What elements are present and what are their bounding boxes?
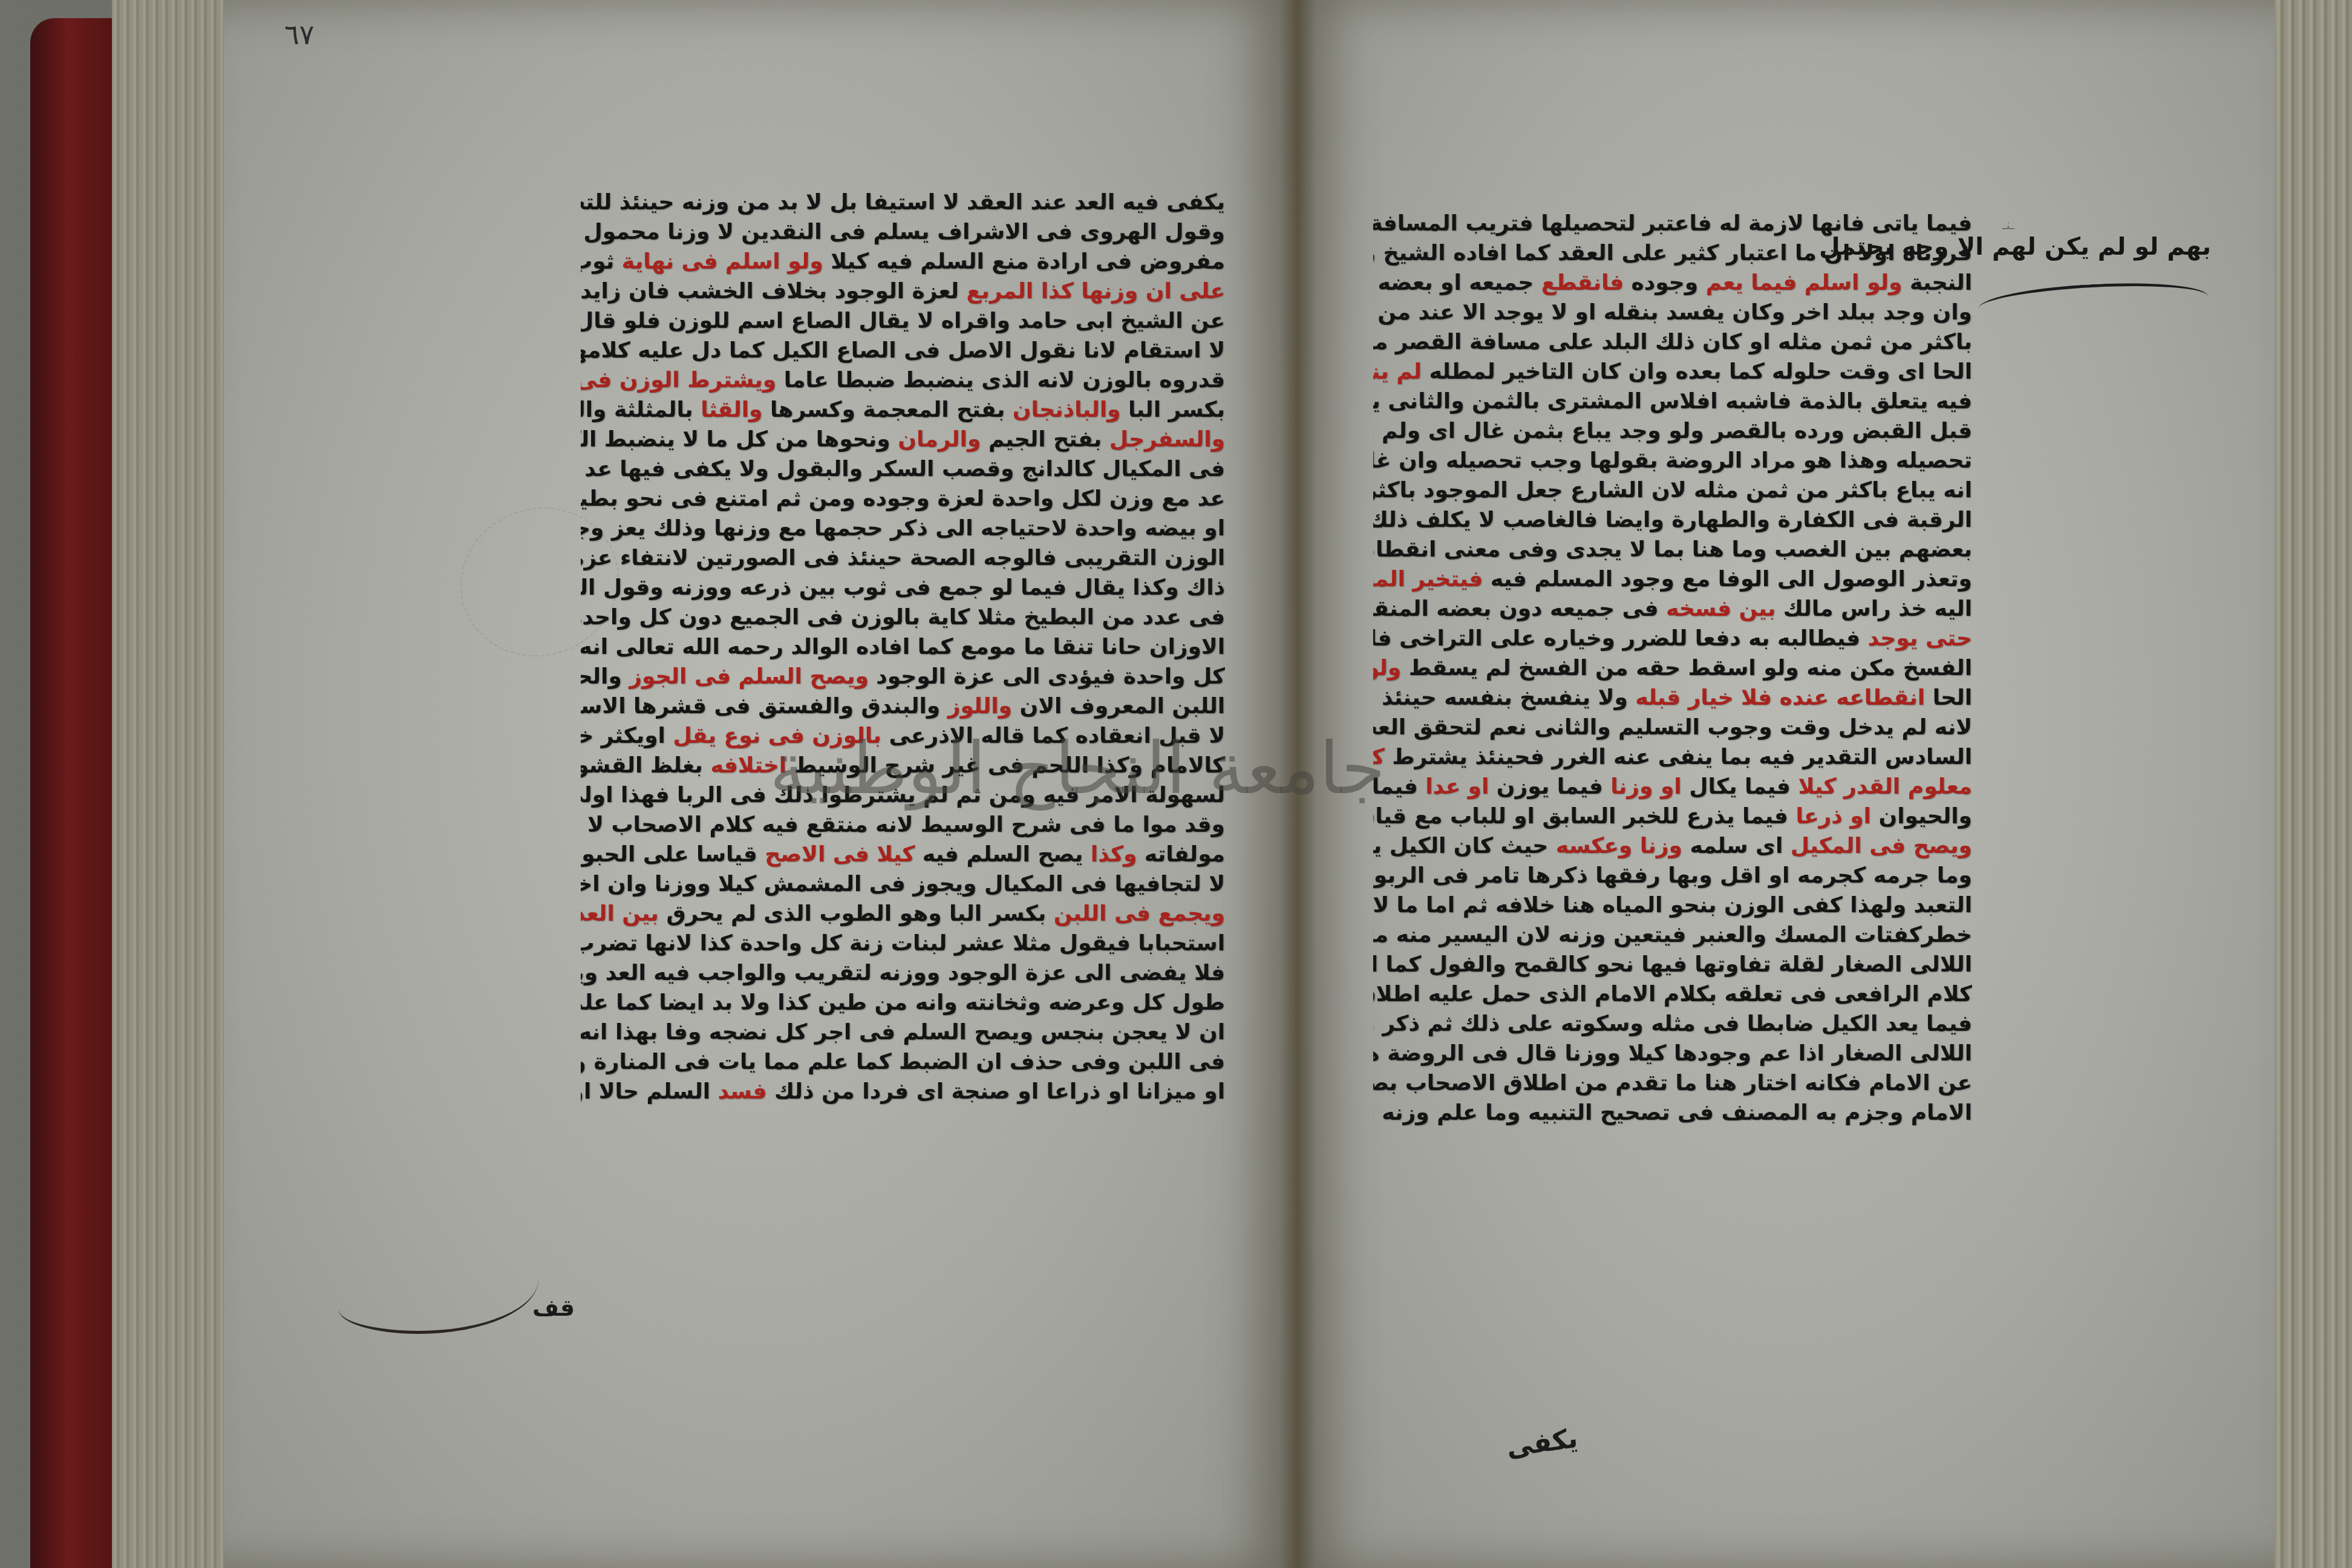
body-text: عد مع وزن لكل واحدة لعزة وجوده ومن ثم ام… bbox=[581, 486, 1225, 511]
body-text: والحيوان bbox=[1871, 804, 1972, 829]
rubric-text: وكذا bbox=[1091, 842, 1137, 867]
body-text: جميعه او بعضه لجايحة افسدت bbox=[1373, 270, 1541, 295]
body-text: انه يباع باكثر من ثمن مثله لان الشارع جع… bbox=[1373, 478, 1972, 503]
rubric-text: انقطاعه عنده فلا خيار قبله bbox=[1635, 685, 1925, 710]
body-text: بغلظ القشور ورقتها bbox=[581, 753, 710, 778]
manuscript-line: بعضهم بين الغصب وما هنا بما لا يجدى وفى … bbox=[1373, 535, 1972, 564]
manuscript-line: لا لتجافيها فى المكيال ويجوز فى المشمش ك… bbox=[581, 869, 1225, 899]
manuscript-line: ويصح فى المكيل اى سلمه وزنا وعكسه حيث كا… bbox=[1373, 831, 1972, 861]
body-text: بفتح المعجمة وكسرها bbox=[762, 397, 1012, 422]
body-text: مولفاته bbox=[1137, 842, 1225, 867]
rubric-text: لم ينفسخ فى الاظهر bbox=[1373, 359, 1422, 384]
manuscript-line: الحا اى وقت حلوله كما بعده وان كان التاخ… bbox=[1373, 357, 1972, 387]
rubric-text: فيتخير المسلم bbox=[1373, 567, 1483, 592]
manuscript-line: مفروض فى ارادة منع السلم فيه كيلا ولو اس… bbox=[581, 247, 1225, 276]
rubric-text: ويصح فى المكيل bbox=[1791, 834, 1972, 858]
manuscript-line: مولفاته وكذا يصح السلم فيه كيلا فى الاصح… bbox=[581, 840, 1225, 869]
body-text: لا استقام لانا نقول الاصل فى الصاع الكيل… bbox=[581, 338, 1225, 363]
manuscript-line: استحبابا فيقول مثلا عشر لبنات زنة كل واح… bbox=[581, 929, 1225, 958]
manuscript-line: النجبة ولو اسلم فيما يعم وجوده فانقطع جم… bbox=[1373, 268, 1972, 298]
manuscript-line: الاوزان حانا تنقا ما مومع كما افاده الوا… bbox=[581, 632, 1225, 662]
manuscript-line: الامام وجزم به المصنف فى تصحيح التنبيه و… bbox=[1373, 1098, 1972, 1128]
body-text: فى اللبن وفى حذف ان الضبط كما علم مما يا… bbox=[581, 1050, 1225, 1074]
body-text: بعضهم بين الغصب وما هنا بما لا يجدى وفى … bbox=[1373, 537, 1972, 562]
rubric-text: والرمان bbox=[898, 427, 981, 452]
body-text: مفروض فى ارادة منع السلم فيه كيلا bbox=[823, 249, 1225, 274]
manuscript-line: والحيوان او ذرعا فيما يذرع للخبر السابق … bbox=[1373, 802, 1972, 831]
manuscript-line: السادس التقدير فيه بما ينفى عنه الغرر فح… bbox=[1373, 742, 1972, 772]
body-text: اللبن المعروف الان bbox=[1012, 694, 1225, 719]
rubric-text: ولو علم قبل المحل bbox=[1373, 656, 1401, 681]
manuscript-line: فيما يعد الكيل ضابطا فى مثله وسكوته على … bbox=[1373, 1009, 1972, 1039]
rubric-text: بين فسخه bbox=[1666, 596, 1775, 621]
body-text: الرقبة فى الكفارة والطهارة وايضا فالغاصب… bbox=[1373, 508, 1972, 532]
body-text: الحا bbox=[1925, 685, 1972, 710]
rubric-text: فسد bbox=[718, 1079, 767, 1104]
rubric-text: والقثا bbox=[701, 397, 762, 422]
rubric-text: ولو اسلم فيما يعم bbox=[1706, 270, 1903, 295]
manuscript-line: بكسر البا والباذنجان بفتح المعجمة وكسرها… bbox=[581, 395, 1225, 425]
body-text: قبل القبض ورده بالقصر ولو وجد يباع بثمن … bbox=[1373, 419, 1972, 443]
rubric-text: معلوم القدر كيلا bbox=[1798, 774, 1972, 799]
body-text: قياسا على الحبوب والتمر والثانى bbox=[581, 842, 765, 867]
body-text: اويكثر خلافا للرافعى bbox=[581, 724, 673, 748]
body-text: ان لا يعجن بنجس ويصح السلم فى اجر كل نضج… bbox=[581, 1020, 1225, 1045]
body-text: فيه يتعلق بالذمة فاشبه افلاس المشترى بال… bbox=[1373, 389, 1972, 414]
manuscript-line: وان وجد ببلد اخر وكان يفسد بنقله او لا ي… bbox=[1373, 298, 1972, 327]
body-text: فى عدد من البطيخ مثلا كاية بالوزن فى الج… bbox=[581, 605, 1225, 630]
body-text: وجوده bbox=[1624, 270, 1706, 295]
rubric-text: فى الجوز bbox=[629, 664, 731, 689]
rubric-text: ويشترط الوزن فى البطيخ bbox=[581, 368, 776, 393]
marginal-note: بهم لو لم يكن لهم الا وجه يحتمل bbox=[1975, 233, 2211, 261]
body-text: ونحوها من كل ما لا ينضبط الكيل لتجافيه bbox=[581, 427, 898, 452]
rubric-text: ويصح السلم bbox=[739, 664, 869, 689]
body-text: السادس التقدير فيه بما ينفى عنه الغرر فح… bbox=[1385, 745, 1972, 769]
body-text: الامام وجزم به المصنف فى تصحيح التنبيه و… bbox=[1373, 1100, 1972, 1125]
manuscript-line: لا استقام لانا نقول الاصل فى الصاع الكيل… bbox=[581, 336, 1225, 365]
manuscript-line: والسفرجل بفتح الجيم والرمان ونحوها من كل… bbox=[581, 425, 1225, 454]
body-text: حيث كان الكيل يعد ضابطا فيه كجوز bbox=[1373, 834, 1556, 858]
body-text: لا لتجافيها فى المكيال ويجوز فى المشمش ك… bbox=[581, 872, 1225, 897]
rubric-text: واللوز bbox=[948, 694, 1012, 719]
body-text: وتعذر الوصول الى الوفا مع وجود المسلم في… bbox=[1483, 567, 1972, 592]
rubric-text: او وزنا bbox=[1610, 774, 1681, 799]
body-text: فيما يذرع للخبر السابق او للباب مع قياسه… bbox=[1373, 804, 1795, 829]
left-page-edges bbox=[112, 0, 233, 1568]
body-text: يصح السلم فيه bbox=[915, 842, 1091, 867]
rubric-text: كيلا فى الاصح bbox=[765, 842, 915, 867]
manuscript-line: خطركفتات المسك والعنبر فيتعين وزنه لان ا… bbox=[1373, 920, 1972, 950]
manuscript-line: اللالى الصغار لقلة تفاوتها فيها نحو كالق… bbox=[1373, 950, 1972, 979]
manuscript-line: على ان وزنها كذا المربع لعزة الوجود بخلا… bbox=[581, 276, 1225, 306]
left-page-text-block: يكفى فيه العد عند العقد لا استيفا بل لا … bbox=[581, 188, 1225, 1106]
body-text: السلم حالا او موجلا bbox=[581, 1079, 718, 1104]
body-text: الاوزان حانا تنقا ما مومع كما افاده الوا… bbox=[581, 635, 1225, 659]
body-text: لانه لم يدخل وقت وجوب التسليم والثانى نع… bbox=[1373, 715, 1972, 740]
manuscript-line: اللالى الصغار اذا عم وجودها كيلا ووزنا ق… bbox=[1373, 1039, 1972, 1068]
body-text: كل واحدة فيؤدى الى عزة الوجود bbox=[869, 664, 1225, 689]
body-text: او ميزانا او ذراعا او صنجة اى فردا من ذل… bbox=[767, 1079, 1225, 1104]
manuscript-line: فى المكيال كالدانج وقصب السكر والبقول ول… bbox=[581, 454, 1225, 484]
manuscript-line: الوزن التقريبى فالوجه الصحة حينئذ فى الص… bbox=[581, 543, 1225, 573]
body-text bbox=[731, 664, 739, 689]
rubric-text: والسفرجل bbox=[1109, 427, 1225, 452]
rubric-text: او عدا bbox=[1425, 774, 1489, 799]
manuscript-line: عن الشيخ ابى حامد واقراه لا يقال الصاع ا… bbox=[581, 306, 1225, 336]
body-text: ولا ينفسخ بنفسه حينئذ bbox=[1374, 685, 1635, 710]
manuscript-line: كلام الرافعى فى تعلقه بكلام الامام الذى … bbox=[1373, 979, 1972, 1009]
manuscript-line: لانه لم يدخل وقت وجوب التسليم والثانى نع… bbox=[1373, 713, 1972, 742]
body-text: فى المكيال كالدانج وقصب السكر والبقول ول… bbox=[581, 457, 1225, 482]
body-text: بكسر البا bbox=[1120, 397, 1225, 422]
body-text: فيطالبه به دفعا للضرر وخياره على التراخى… bbox=[1373, 626, 1868, 651]
body-text: اللالى الصغار اذا عم وجودها كيلا ووزنا ق… bbox=[1373, 1041, 1972, 1066]
body-text: فيما يعد الكيل ضابطا فى مثله وسكوته على … bbox=[1373, 1011, 1972, 1036]
manuscript-line: التعبد ولهذا كفى الوزن بنحو المياه هنا خ… bbox=[1373, 890, 1972, 920]
manuscript-line: ويجمع فى اللبن بكسر البا وهو الطوب الذى … bbox=[581, 899, 1225, 929]
manuscript-line: الحا انقطاعه عنده فلا خيار قبله ولا ينفس… bbox=[1373, 683, 1972, 713]
body-text: بالمثلثة والمد bbox=[581, 397, 701, 422]
manuscript-line: اليه خذ راس مالك بين فسخه فى جميعه دون ب… bbox=[1373, 594, 1972, 624]
watermark: جامعة النجاح الوطنية bbox=[992, 723, 1385, 814]
manuscript-line: يكفى فيه العد عند العقد لا استيفا بل لا … bbox=[581, 188, 1225, 217]
body-text: التعبد ولهذا كفى الوزن بنحو المياه هنا خ… bbox=[1373, 893, 1972, 918]
body-text: النجبة bbox=[1902, 270, 1972, 295]
body-text: استحبابا فيقول مثلا عشر لبنات زنة كل واح… bbox=[581, 931, 1225, 956]
body-text: فى جميعه دون بعضه المنقطع فقط bbox=[1373, 596, 1666, 621]
manuscript-line: فى عدد من البطيخ مثلا كاية بالوزن فى الج… bbox=[581, 603, 1225, 632]
manuscript-line: طول كل وعرضه وثخانته وانه من طين كذا ولا… bbox=[581, 988, 1225, 1018]
manuscript-line: او بيضه واحدة لاحتياجه الى ذكر حجمها مع … bbox=[581, 514, 1225, 543]
manuscript-line: الفسخ مكن منه ولو اسقط حقه من الفسخ لم ي… bbox=[1373, 653, 1972, 683]
body-text: كلام الرافعى فى تعلقه بكلام الامام الذى … bbox=[1373, 982, 1972, 1007]
body-text: الحا اى وقت حلوله كما بعده وان كان التاخ… bbox=[1422, 359, 1972, 384]
manuscript-line: ان لا يعجن بنجس ويصح السلم فى اجر كل نضج… bbox=[581, 1018, 1225, 1047]
manuscript-line: معلوم القدر كيلا فيما يكال او وزنا فيما … bbox=[1373, 772, 1972, 802]
body-text: اليه خذ راس مالك bbox=[1775, 596, 1972, 621]
manuscript-line: اللبن المعروف الان واللوز والبندق والفست… bbox=[581, 691, 1225, 721]
body-text: اى سلمه bbox=[1682, 834, 1791, 858]
rubric-text: او ذرعا bbox=[1795, 804, 1871, 829]
body-text: فيما يوزن bbox=[1489, 774, 1610, 799]
body-text: الوزن التقريبى فالوجه الصحة حينئذ فى الص… bbox=[581, 546, 1225, 570]
body-text: والحق به بعضهم bbox=[581, 664, 629, 689]
manuscript-line: الرقبة فى الكفارة والطهارة وايضا فالغاصب… bbox=[1373, 505, 1972, 535]
manuscript-line: كل واحدة فيؤدى الى عزة الوجود ويصح السلم… bbox=[581, 662, 1225, 691]
folio-number: ٦٧ bbox=[284, 18, 314, 51]
rubric-text: فانقطع bbox=[1541, 270, 1624, 295]
right-page-edges bbox=[2275, 0, 2352, 1568]
body-text: فيما ياتى فانها لازمة له فاعتبر لتحصيلها… bbox=[1373, 211, 1972, 236]
body-text: قدروه بالوزن لانه الذى ينضبط ضبطا عاما bbox=[776, 368, 1225, 393]
body-text: او بيضه واحدة لاحتياجه الى ذكر حجمها مع … bbox=[581, 516, 1225, 541]
manuscript-line: انه يباع باكثر من ثمن مثله لان الشارع جع… bbox=[1373, 475, 1972, 505]
body-text: وقول الهروى فى الاشراف يسلم فى النقدين ل… bbox=[581, 220, 1225, 244]
body-text: وقد موا ما فى شرح الوسيط لانه منتقع فيه … bbox=[581, 812, 1225, 837]
manuscript-line: قبل القبض ورده بالقصر ولو وجد يباع بثمن … bbox=[1373, 416, 1972, 446]
body-text: والبندق والفستق فى قشرها الاسفل الاعلى bbox=[581, 694, 948, 719]
manuscript-line: عن الامام فكانه اختار هنا ما تقدم من اطل… bbox=[1373, 1068, 1972, 1098]
body-text: ذاك وكذا يقال فيما لو جمع فى ثوب بين ذرع… bbox=[581, 575, 1225, 600]
manuscript-line: وقول الهروى فى الاشراف يسلم فى النقدين ل… bbox=[581, 217, 1225, 247]
rubric-text: حتى يوجد bbox=[1868, 626, 1972, 651]
manuscript-line: عد مع وزن لكل واحدة لعزة وجوده ومن ثم ام… bbox=[581, 484, 1225, 514]
rubric-text: ويجمع فى اللبن bbox=[1054, 901, 1225, 926]
body-text: فيما يكال bbox=[1682, 774, 1798, 799]
body-text: تحصيله وهذا هو مراد الروضة بقولها وجب تح… bbox=[1373, 448, 1972, 473]
body-text: باكثر من ثمن مثله او كان ذلك البلد على م… bbox=[1373, 330, 1972, 354]
margin-mark: ـنـ bbox=[2002, 218, 2014, 233]
body-text: وان وجد ببلد اخر وكان يفسد بنقله او لا ي… bbox=[1373, 300, 1972, 325]
rubric-text: ولو اسلم فى نهاية bbox=[622, 249, 823, 274]
body-text: الفسخ مكن منه ولو اسقط حقه من الفسخ لم ي… bbox=[1401, 656, 1972, 681]
manuscript-line: وتعذر الوصول الى الوفا مع وجود المسلم في… bbox=[1373, 564, 1972, 594]
manuscript-line: حتى يوجد فيطالبه به دفعا للضرر وخياره عل… bbox=[1373, 624, 1972, 653]
body-text: بكسر البا وهو الطوب الذى لم يحرق bbox=[659, 901, 1054, 926]
body-text: خطركفتات المسك والعنبر فيتعين وزنه لان ا… bbox=[1373, 923, 1972, 947]
book-binding-red-leather bbox=[30, 18, 115, 1568]
manuscript-line: وقد موا ما فى شرح الوسيط لانه منتقع فيه … bbox=[581, 810, 1225, 840]
margin-qaf-mark: قف bbox=[532, 1295, 575, 1321]
body-text: لعزة الوجود بخلاف الخشب فان زايده ينحت ك… bbox=[581, 279, 967, 304]
body-text: وما جرمه كجرمه او اقل وبها رفقها ذكرها ت… bbox=[1373, 863, 1972, 888]
body-text: فلا يفضى الى عزة الوجود ووزنه لتقريب وال… bbox=[581, 961, 1225, 985]
rubric-text: بين العد والوزن bbox=[581, 901, 659, 926]
manuscript-line: وما جرمه كجرمه او اقل وبها رفقها ذكرها ت… bbox=[1373, 861, 1972, 890]
rubric-text: على ان وزنها كذا المربع bbox=[967, 279, 1225, 304]
manuscript-line: ذاك وكذا يقال فيما لو جمع فى ثوب بين ذرع… bbox=[581, 573, 1225, 603]
manuscript-line: تحصيله وهذا هو مراد الروضة بقولها وجب تح… bbox=[1373, 446, 1972, 475]
body-text: طول كل وعرضه وثخانته وانه من طين كذا ولا… bbox=[581, 990, 1225, 1015]
manuscript-line: فيه يتعلق بالذمة فاشبه افلاس المشترى بال… bbox=[1373, 387, 1972, 416]
body-text: عن الامام فكانه اختار هنا ما تقدم من اطل… bbox=[1373, 1071, 1972, 1096]
manuscript-line: فلا يفضى الى عزة الوجود ووزنه لتقريب وال… bbox=[581, 958, 1225, 988]
manuscript-line: او ميزانا او ذراعا او صنجة اى فردا من ذل… bbox=[581, 1077, 1225, 1106]
body-text: عن الشيخ ابى حامد واقراه لا يقال الصاع ا… bbox=[581, 309, 1225, 333]
body-text: بفتح الجيم bbox=[981, 427, 1109, 452]
right-page-text-block: فيما ياتى فانها لازمة له فاعتبر لتحصيلها… bbox=[1373, 209, 1972, 1128]
rubric-text: وزنا وعكسه bbox=[1556, 834, 1682, 858]
body-text: يكفى فيه العد عند العقد لا استيفا بل لا … bbox=[581, 190, 1225, 215]
manuscript-line: باكثر من ثمن مثله او كان ذلك البلد على م… bbox=[1373, 327, 1972, 357]
manuscript-line: فى اللبن وفى حذف ان الضبط كما علم مما يا… bbox=[581, 1047, 1225, 1077]
manuscript-line: قدروه بالوزن لانه الذى ينضبط ضبطا عاما و… bbox=[581, 365, 1225, 395]
body-text: ثوب او bbox=[581, 249, 622, 274]
body-text: اللالى الصغار لقلة تفاوتها فيها نحو كالق… bbox=[1373, 952, 1972, 977]
rubric-text: والباذنجان bbox=[1013, 397, 1121, 422]
